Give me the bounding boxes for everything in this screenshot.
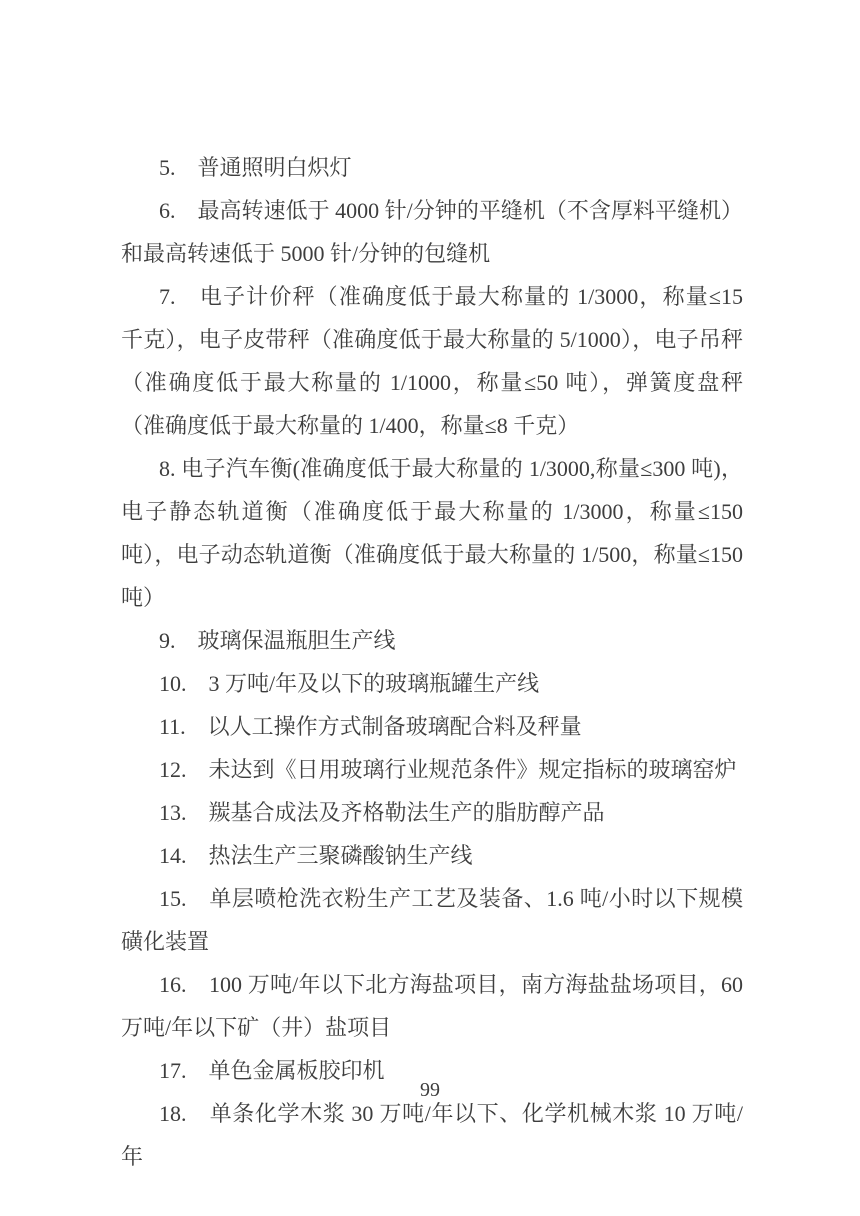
- page-number: 99: [0, 1076, 860, 1104]
- list-item-18: 18. 单条化学木浆 30 万吨/年以下、化学机械木浆 10 万吨/年: [121, 1092, 743, 1178]
- list-item-6: 6. 最高转速低于 4000 针/分钟的平缝机（不含厚料平缝机）和最高转速低于 …: [121, 189, 743, 275]
- list-item-11: 11. 以人工操作方式制备玻璃配合料及秤量: [121, 705, 743, 748]
- list-item-7: 7. 电子计价秤（准确度低于最大称量的 1/3000，称量≤15 千克），电子皮…: [121, 275, 743, 447]
- list-item-9: 9. 玻璃保温瓶胆生产线: [121, 619, 743, 662]
- list-item-12: 12. 未达到《日用玻璃行业规范条件》规定指标的玻璃窑炉: [121, 748, 743, 791]
- list-item-15: 15. 单层喷枪洗衣粉生产工艺及装备、1.6 吨/小时以下规模磺化装置: [121, 877, 743, 963]
- document-body: 5. 普通照明白炽灯 6. 最高转速低于 4000 针/分钟的平缝机（不含厚料平…: [121, 146, 743, 1178]
- list-item-13: 13. 羰基合成法及齐格勒法生产的脂肪醇产品: [121, 791, 743, 834]
- list-item-5: 5. 普通照明白炽灯: [121, 146, 743, 189]
- document-page: 5. 普通照明白炽灯 6. 最高转速低于 4000 针/分钟的平缝机（不含厚料平…: [0, 0, 860, 1216]
- list-item-14: 14. 热法生产三聚磷酸钠生产线: [121, 834, 743, 877]
- list-item-8: 8. 电子汽车衡(准确度低于最大称量的 1/3000,称量≤300 吨)，电子静…: [121, 447, 743, 619]
- list-item-10: 10. 3 万吨/年及以下的玻璃瓶罐生产线: [121, 662, 743, 705]
- list-item-16: 16. 100 万吨/年以下北方海盐项目，南方海盐盐场项目，60 万吨/年以下矿…: [121, 963, 743, 1049]
